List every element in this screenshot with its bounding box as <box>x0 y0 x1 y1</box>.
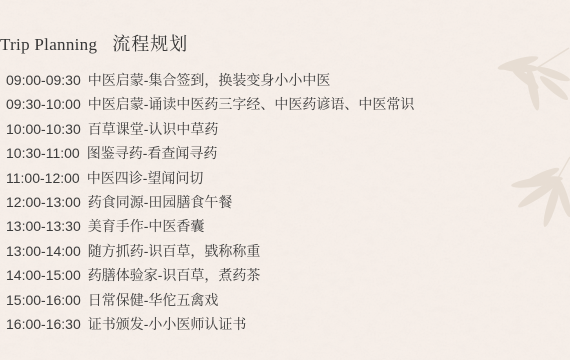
schedule-activity: 证书颁发-小小医师认证书 <box>88 316 247 332</box>
schedule-activity: 中医启蒙-诵读中医药三字经、中医药谚语、中医常识 <box>88 96 415 112</box>
schedule-poster: Trip Planning 流程规划 09:00-09:30中医启蒙-集合签到，… <box>0 0 570 360</box>
schedule-row: 14:00-15:00药膳体验家-识百草，煮药茶 <box>6 263 570 287</box>
schedule-row: 13:00-13:30美育手作-中医香囊 <box>6 214 570 238</box>
schedule-row: 11:00-12:00中医四诊-望闻问切 <box>6 166 570 190</box>
schedule-time: 13:00-14:00 <box>6 239 81 263</box>
schedule-row: 15:00-16:00日常保健-华佗五禽戏 <box>6 288 570 312</box>
schedule-row: 10:30-11:00图鉴寻药-看查闻寻药 <box>6 141 570 165</box>
schedule-list: 09:00-09:30中医启蒙-集合签到，换装变身小小中医 09:30-10:0… <box>6 68 570 336</box>
schedule-row: 09:30-10:00中医启蒙-诵读中医药三字经、中医药谚语、中医常识 <box>6 92 570 116</box>
schedule-activity: 图鉴寻药-看查闻寻药 <box>87 145 218 161</box>
schedule-row: 09:00-09:30中医启蒙-集合签到，换装变身小小中医 <box>6 68 570 92</box>
schedule-activity: 中医四诊-望闻问切 <box>87 170 204 186</box>
schedule-time: 16:00-16:30 <box>6 312 81 336</box>
schedule-time: 10:00-10:30 <box>6 117 81 141</box>
title-chinese: 流程规划 <box>112 30 188 56</box>
schedule-row: 12:00-13:00药食同源-田园膳食午餐 <box>6 190 570 214</box>
schedule-activity: 百草课堂-认识中草药 <box>88 121 219 137</box>
schedule-time: 15:00-16:00 <box>6 288 81 312</box>
schedule-activity: 药食同源-田园膳食午餐 <box>88 194 233 210</box>
schedule-row: 13:00-14:00随方抓药-识百草，戥称称重 <box>6 239 570 263</box>
schedule-row: 10:00-10:30百草课堂-认识中草药 <box>6 117 570 141</box>
schedule-time: 09:30-10:00 <box>6 92 81 116</box>
title-english: Trip Planning <box>0 35 97 55</box>
schedule-activity: 美育手作-中医香囊 <box>88 218 205 234</box>
schedule-time: 11:00-12:00 <box>6 166 80 190</box>
page-header: Trip Planning 流程规划 <box>0 30 188 56</box>
schedule-activity: 中医启蒙-集合签到，换装变身小小中医 <box>88 72 331 88</box>
schedule-time: 13:00-13:30 <box>6 214 81 238</box>
schedule-time: 12:00-13:00 <box>6 190 81 214</box>
schedule-row: 16:00-16:30证书颁发-小小医师认证书 <box>6 312 570 336</box>
schedule-activity: 日常保健-华佗五禽戏 <box>88 292 219 308</box>
schedule-time: 14:00-15:00 <box>6 263 81 287</box>
schedule-activity: 药膳体验家-识百草，煮药茶 <box>88 267 261 283</box>
schedule-time: 09:00-09:30 <box>6 68 81 92</box>
schedule-time: 10:30-11:00 <box>6 141 80 165</box>
schedule-activity: 随方抓药-识百草，戥称称重 <box>88 243 261 259</box>
